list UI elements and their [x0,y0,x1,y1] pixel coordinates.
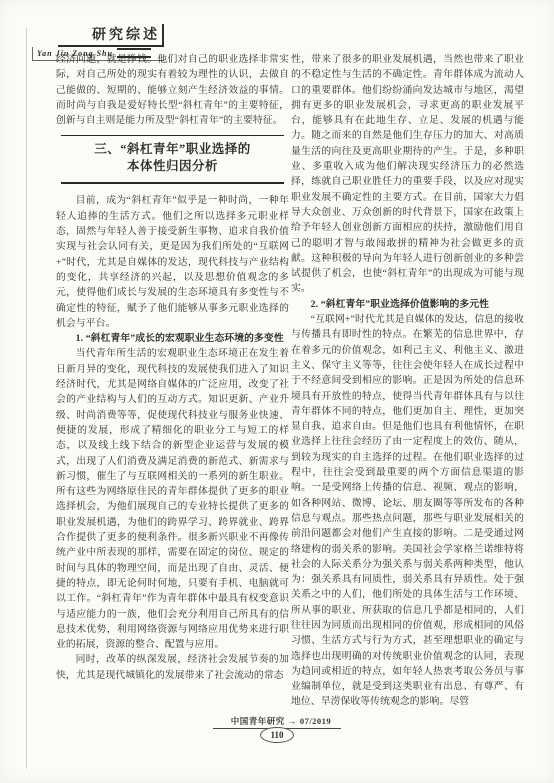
paragraph-continuation: 性，带来了很多的职业发展机遇，当然也带来了职业的不稳定性与生活的不确定性。青年群… [291,52,524,297]
paragraph: 同时，改革的纵深发展，经济社会发展节奏的加快，尤其是现代城镇化的发展带来了社会流… [56,652,289,683]
paragraph: 目前，成为“斜杠青年”似乎是一种时尚，一种年轻人追捧的生活方式。他们之所以选择多… [56,193,289,331]
section-heading-line2: 本体性归因分析 [61,158,284,175]
arrow-icon: → [285,716,300,726]
paragraph-continuation: 经济问题，就是挣钱。他们对自己的职业选择非常实际，对自己所处的现实有着较为理性的… [56,52,289,128]
section-heading: 三、“斜杠青年”职业选择的 本体性归因分析 [61,135,284,184]
paragraph: “互联网+”时代尤其是自媒体的发达，信息的接收与传播具有即时性的特点。在繁芜的信… [291,312,524,710]
scan-edge-line [26,28,27,769]
issue-number: 07/2019 [300,716,331,726]
section-heading-line1: 三、“斜杠青年”职业选择的 [61,141,284,158]
right-column: 性，带来了很多的职业发展机遇，当然也带来了职业的不稳定性与生活的不确定性。青年群… [291,52,524,710]
journal-title: 中国青年研究 [231,716,285,726]
page-number-badge: 110 [260,727,294,743]
subheading-2: 2. “斜杠青年”职业选择价值影响的多元性 [291,297,524,312]
subheading-1: 1. “斜杠青年”成长的宏观职业生态环境的多变性 [56,331,289,346]
journal-scan-page: 研究综述 Yan Jiu Zong Shu 经济问题，就是挣钱。他们对自己的职业… [0,0,554,783]
page-footer: 中国青年研究→07/2019 110 [0,711,554,743]
paragraph: 当代青年所生活的宏观职业生态环境正在发生着日新月异的变化，现代科技的发展使我们进… [56,346,289,652]
left-column: 经济问题，就是挣钱。他们对自己的职业选择非常实际，对自己所处的现实有着较为理性的… [56,52,289,683]
column-label: 研究综述 [58,24,164,47]
